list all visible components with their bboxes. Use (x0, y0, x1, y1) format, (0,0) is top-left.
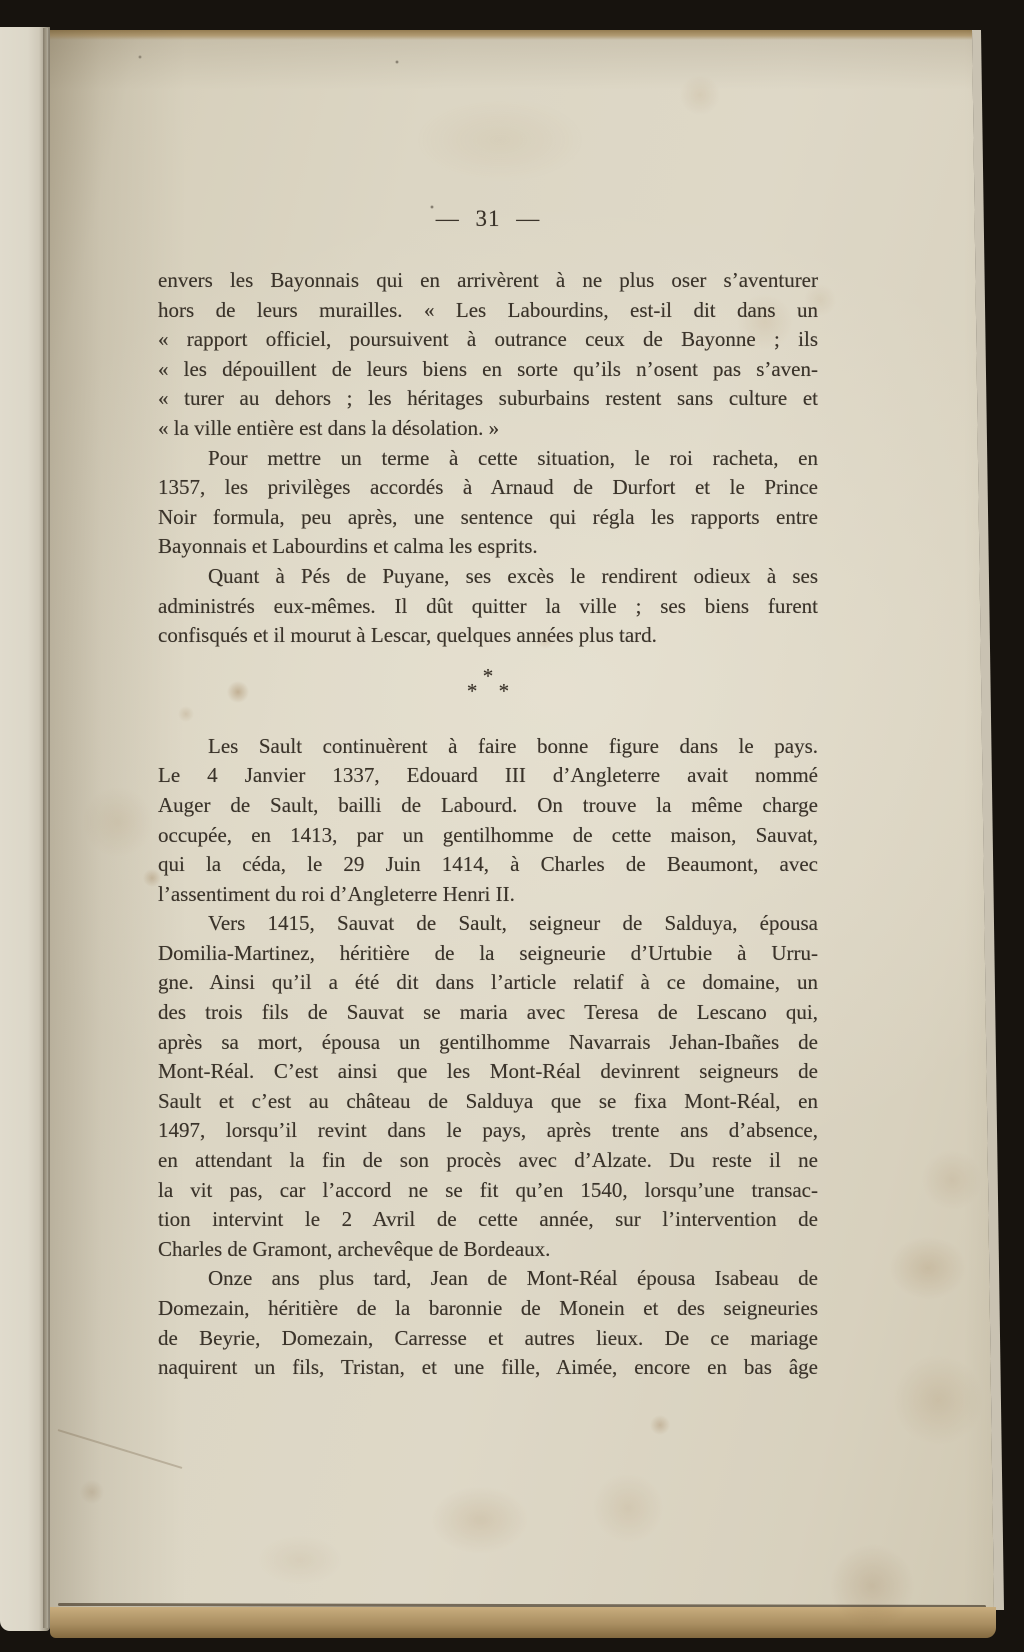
paragraph: Onze ans plus tard, Jean de Mont-Réal ép… (158, 1264, 818, 1382)
text-line: confisqués et il mourut à Lescar, quelqu… (158, 621, 818, 651)
text-line: Noir formula, peu après, une sentence qu… (158, 503, 818, 533)
text-line: envers les Bayonnais qui en arrivèrent à… (158, 266, 818, 296)
text-line: de Beyrie, Domezain, Carresse et autres … (158, 1324, 818, 1354)
text-block: envers les Bayonnais qui en arrivèrent à… (158, 266, 818, 1383)
text-line: Auger de Sault, bailli de Labourd. On tr… (158, 791, 818, 821)
book-scan: — 31 — envers les Bayonnais qui en arriv… (0, 0, 1024, 1652)
page-number: — 31 — (158, 206, 818, 232)
paragraph: Quant à Pés de Puyane, ses excès le rend… (158, 562, 818, 651)
section-divider-asterism: * * * (158, 669, 818, 699)
text-line: Domilia-Martinez, héritière de la seigne… (158, 939, 818, 969)
paragraph: Les Sault continuèrent à faire bonne fig… (158, 732, 818, 910)
text-line: Charles de Gramont, archevêque de Bordea… (158, 1235, 818, 1265)
asterism-bottom: * * (158, 684, 818, 699)
text-line: Vers 1415, Sauvat de Sault, seigneur de … (158, 909, 818, 939)
text-line: en attendant la fin de son procès avec d… (158, 1146, 818, 1176)
text-line: administrés eux-mêmes. Il dût quitter la… (158, 592, 818, 622)
text-line: qui la céda, le 29 Juin 1414, à Charles … (158, 850, 818, 880)
text-line: occupée, en 1413, par un gentilhomme de … (158, 821, 818, 851)
text-line: tion intervint le 2 Avril de cette année… (158, 1205, 818, 1235)
text-line: la vit pas, car l’accord ne se fit qu’en… (158, 1176, 818, 1206)
text-line: Domezain, héritière de la baronnie de Mo… (158, 1294, 818, 1324)
paragraph: Pour mettre un terme à cette situation, … (158, 444, 818, 562)
text-line: Les Sault continuèrent à faire bonne fig… (158, 732, 818, 762)
text-line: Quant à Pés de Puyane, ses excès le rend… (158, 562, 818, 592)
text-line: « turer au dehors ; les héritages suburb… (158, 384, 818, 414)
text-line: 1497, lorsqu’il revint dans le pays, apr… (158, 1116, 818, 1146)
text-line: naquirent un fils, Tristan, et une fille… (158, 1353, 818, 1383)
text-line: « la ville entière est dans la désolatio… (158, 414, 818, 444)
text-line: après sa mort, épousa un gentilhomme Nav… (158, 1028, 818, 1058)
text-line: « rapport officiel, poursuivent à outran… (158, 325, 818, 355)
text-line: gne. Ainsi qu’il a été dit dans l’articl… (158, 968, 818, 998)
text-line: « les dépouillent de leurs biens en sort… (158, 355, 818, 385)
paragraph: envers les Bayonnais qui en arrivèrent à… (158, 266, 818, 444)
text-line: Mont-Réal. C’est ainsi que les Mont-Réal… (158, 1057, 818, 1087)
text-line: Le 4 Janvier 1337, Edouard III d’Anglete… (158, 761, 818, 791)
text-line: Bayonnais et Labourdins et calma les esp… (158, 532, 818, 562)
text-line: l’assentiment du roi d’Angleterre Henri … (158, 880, 818, 910)
text-line: Pour mettre un terme à cette situation, … (158, 444, 818, 474)
text-line: 1357, les privilèges accordés à Arnaud d… (158, 473, 818, 503)
paragraph: Vers 1415, Sauvat de Sault, seigneur de … (158, 909, 818, 1264)
text-line: hors de leurs murailles. « Les Labourdin… (158, 296, 818, 326)
text-line: Onze ans plus tard, Jean de Mont-Réal ép… (158, 1264, 818, 1294)
printed-content: — 31 — envers les Bayonnais qui en arriv… (0, 0, 1024, 1652)
text-line: des trois fils de Sauvat se maria avec T… (158, 998, 818, 1028)
text-line: Sault et c’est au château de Salduya que… (158, 1087, 818, 1117)
